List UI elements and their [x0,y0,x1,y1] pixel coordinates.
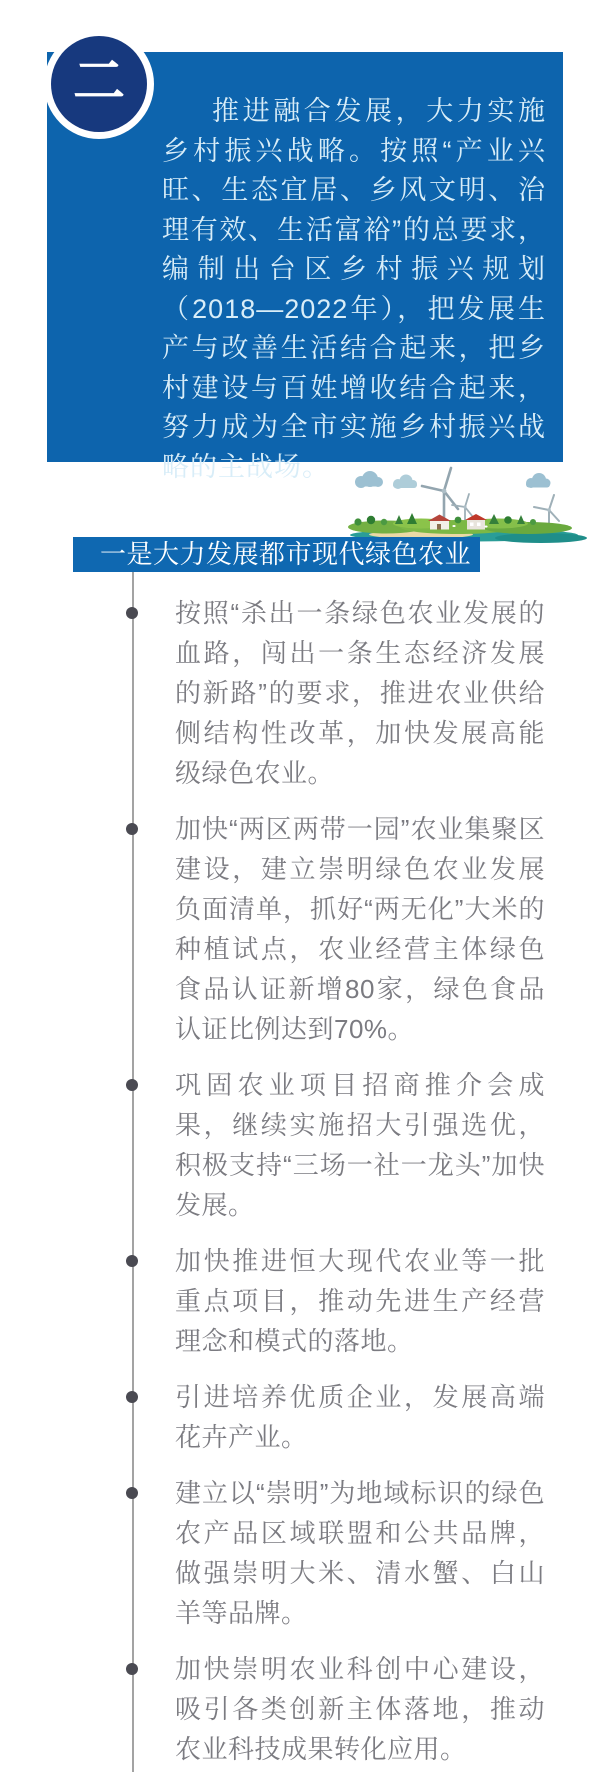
bullet-dot [126,823,138,835]
eco-island-illustration [336,460,590,546]
bullet-dot [126,1487,138,1499]
section-number-badge: 二 [44,29,154,139]
badge-number-text: 二 [73,56,125,108]
bullet-dot [126,1079,138,1091]
section-title: 一是大力发展都市现代绿色农业 [73,537,480,572]
animal-dot [452,525,455,527]
list-item-text: 建立以“崇明”为地域标识的绿色农产品区域联盟和公共品牌，做强崇明大米、清水蟹、白… [175,1473,545,1633]
list-item: 加快“两区两带一园”农业集聚区建设，建立崇明绿色农业发展负面清单，抓好“两无化”… [175,809,545,1049]
list-item-text: 引进培养优质企业，发展高端花卉产业。 [175,1377,545,1457]
bullet-dot [126,1663,138,1675]
house-icon [428,515,451,530]
list-item: 巩固农业项目招商推介会成果，继续实施招大引强选优，积极支持“三场一社一龙头”加快… [175,1065,545,1225]
list-item-text: 按照“杀出一条绿色农业发展的血路，闯出一条生态经济发展的新路”的要求，推进农业供… [175,593,545,793]
cloud-icon [526,473,551,488]
bullet-dot [126,1255,138,1267]
list-item-text: 加快推进恒大现代农业等一批重点项目，推动先进生产经营理念和模式的落地。 [175,1241,545,1361]
cloud-icon [393,475,417,490]
list-item-text: 巩固农业项目招商推介会成果，继续实施招大引强选优，积极支持“三场一社一龙头”加快… [175,1065,545,1225]
list-item: 建立以“崇明”为地域标识的绿色农产品区域联盟和公共品牌，做强崇明大米、清水蟹、白… [175,1473,545,1633]
list-item: 按照“杀出一条绿色农业发展的血路，闯出一条生态经济发展的新路”的要求，推进农业供… [175,593,545,793]
cloud-icon [355,471,383,488]
hero-paragraph: 推进融合发展，大力实施乡村振兴战略。按照“产业兴旺、生态宜居、乡风文明、治理有效… [162,92,546,487]
house-icon [465,514,487,530]
list-item: 引进培养优质企业，发展高端花卉产业。 [175,1377,545,1457]
badge-circle: 二 [51,36,147,132]
animal-dot [484,526,487,528]
timeline-line [132,572,134,1772]
list-item-text: 加快“两区两带一园”农业集聚区建设，建立崇明绿色农业发展负面清单，抓好“两无化”… [175,809,545,1049]
bullet-dot [126,1391,138,1403]
list-item: 加快推进恒大现代农业等一批重点项目，推动先进生产经营理念和模式的落地。 [175,1241,545,1361]
bullet-list: 按照“杀出一条绿色农业发展的血路，闯出一条生态经济发展的新路”的要求，推进农业供… [175,593,545,1769]
list-item: 加快崇明农业科创中心建设，吸引各类创新主体落地，推动农业科技成果转化应用。 [175,1649,545,1769]
bullet-dot [126,607,138,619]
section-title-bar: 一是大力发展都市现代绿色农业 [73,537,480,572]
list-item-text: 加快崇明农业科创中心建设，吸引各类创新主体落地，推动农业科技成果转化应用。 [175,1649,545,1769]
